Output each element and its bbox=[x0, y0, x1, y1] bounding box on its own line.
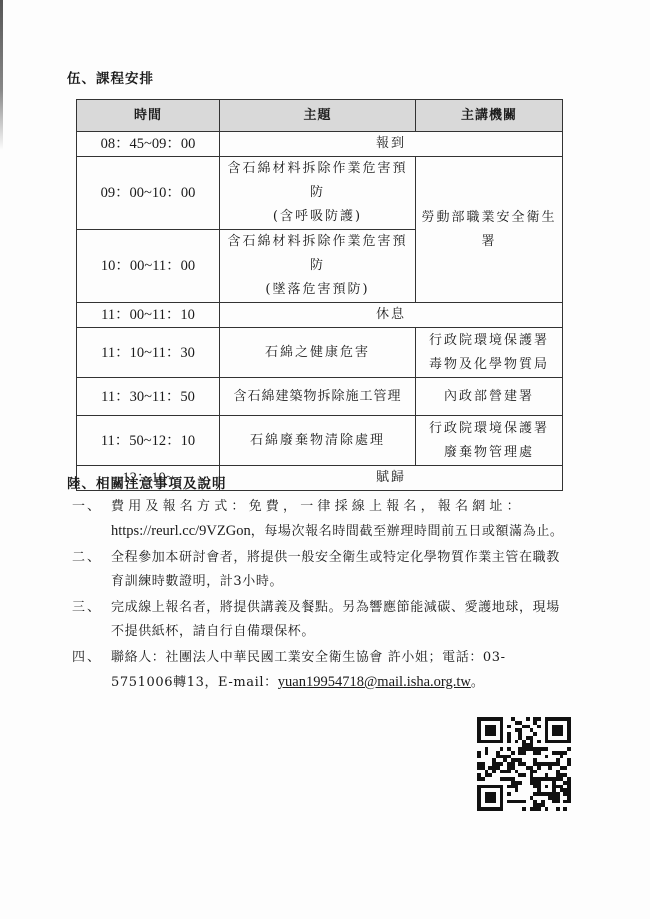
cell-topic: 賦歸 bbox=[220, 466, 563, 491]
contact-email-link[interactable]: yuan19954718@mail.isha.org.tw bbox=[278, 674, 471, 690]
topic-line: (含呼吸防護) bbox=[224, 205, 411, 229]
org-line: 行政院環境保護署 bbox=[420, 329, 558, 353]
org-line: 毒物及化學物質局 bbox=[420, 353, 558, 377]
table-row: 08：45~09：00 報到 bbox=[77, 132, 563, 157]
note-item-fee-registration: 一、 費用及報名方式：免費，一律採線上報名，報名網址： https://reur… bbox=[72, 495, 567, 544]
cell-organization: 行政院環境保護署 廢棄物管理處 bbox=[416, 416, 563, 466]
note-item-materials: 三、 完成線上報名者，將提供講義及餐點。另為響應節能減碳、愛護地球，現場不提供紙… bbox=[72, 596, 567, 644]
table-row: 11：10~11：30 石綿之健康危害 行政院環境保護署 毒物及化學物質局 bbox=[77, 328, 563, 378]
topic-line: 含石綿材料拆除作業危害預防 bbox=[224, 157, 411, 205]
note-number: 二、 bbox=[72, 546, 102, 570]
note-line: 費用及報名方式：免費，一律採線上報名，報名網址： bbox=[111, 495, 567, 519]
qr-code-icon bbox=[477, 717, 571, 811]
cell-topic: 石綿之健康危害 bbox=[220, 328, 416, 378]
scan-edge-artifact bbox=[0, 0, 3, 150]
cell-organization: 行政院環境保護署 毒物及化學物質局 bbox=[416, 328, 563, 378]
cell-organization: 勞動部職業安全衛生署 bbox=[416, 157, 563, 303]
header-organization: 主講機關 bbox=[416, 100, 563, 132]
cell-topic: 含石綿建築物拆除施工管理 bbox=[220, 378, 416, 416]
section-title-course-schedule: 伍、課程安排 bbox=[67, 67, 154, 87]
note-line: https://reurl.cc/9VZGon，每場次報名時間截至辦理時間前五日… bbox=[111, 519, 567, 544]
cell-time: 08：45~09：00 bbox=[77, 132, 220, 157]
topic-line: (墜落危害預防) bbox=[224, 278, 411, 302]
section-title-notes: 陸、相關注意事項及說明 bbox=[67, 472, 227, 492]
table-row: 09：00~10：00 含石綿材料拆除作業危害預防 (含呼吸防護) 勞動部職業安… bbox=[77, 157, 563, 230]
cell-time: 09：00~10：00 bbox=[77, 157, 220, 230]
cell-topic: 休息 bbox=[220, 303, 563, 328]
header-time: 時間 bbox=[77, 100, 220, 132]
cell-time: 11：10~11：30 bbox=[77, 328, 220, 378]
cell-time: 11：50~12：10 bbox=[77, 416, 220, 466]
cell-topic: 含石綿材料拆除作業危害預防 (含呼吸防護) bbox=[220, 157, 416, 230]
cell-time: 10：00~11：00 bbox=[77, 230, 220, 303]
note-item-certificate: 二、 全程參加本研討會者，將提供一般安全衛生或特定化學物質作業主管在職教育訓練時… bbox=[72, 546, 567, 594]
cell-topic: 報到 bbox=[220, 132, 563, 157]
cell-topic: 含石綿材料拆除作業危害預防 (墜落危害預防) bbox=[220, 230, 416, 303]
header-topic: 主題 bbox=[220, 100, 416, 132]
cell-time: 11：30~11：50 bbox=[77, 378, 220, 416]
table-row: 11：00~11：10 休息 bbox=[77, 303, 563, 328]
registration-url-link[interactable]: https://reurl.cc/9VZGon bbox=[111, 523, 251, 539]
cell-topic: 石綿廢棄物清除處理 bbox=[220, 416, 416, 466]
table-row: 11：30~11：50 含石綿建築物拆除施工管理 內政部營建署 bbox=[77, 378, 563, 416]
note-item-contact: 四、 聯絡人：社團法人中華民國工業安全衛生協會 許小姐；電話：03-575100… bbox=[72, 646, 567, 695]
org-line: 廢棄物管理處 bbox=[420, 441, 558, 465]
note-text: 完成線上報名者，將提供講義及餐點。另為響應節能減碳、愛護地球，現場不提供紙杯，請… bbox=[111, 600, 560, 639]
note-number: 一、 bbox=[72, 495, 102, 519]
cell-organization: 內政部營建署 bbox=[416, 378, 563, 416]
note-text: ，每場次報名時間截至辦理時間前五日或額滿為止。 bbox=[251, 524, 564, 539]
topic-line: 含石綿材料拆除作業危害預防 bbox=[224, 230, 411, 278]
org-line: 行政院環境保護署 bbox=[420, 417, 558, 441]
note-text: 。 bbox=[471, 675, 485, 690]
note-text: 全程參加本研討會者，將提供一般安全衛生或特定化學物質作業主管在職教育訓練時數證明… bbox=[111, 550, 560, 589]
note-number: 四、 bbox=[72, 646, 102, 670]
note-number: 三、 bbox=[72, 596, 102, 620]
table-row: 11：50~12：10 石綿廢棄物清除處理 行政院環境保護署 廢棄物管理處 bbox=[77, 416, 563, 466]
notes-list: 一、 費用及報名方式：免費，一律採線上報名，報名網址： https://reur… bbox=[72, 495, 567, 697]
course-schedule-table: 時間 主題 主講機關 08：45~09：00 報到 09：00~10：00 含石… bbox=[76, 99, 563, 491]
table-header-row: 時間 主題 主講機關 bbox=[77, 100, 563, 132]
cell-time: 11：00~11：10 bbox=[77, 303, 220, 328]
